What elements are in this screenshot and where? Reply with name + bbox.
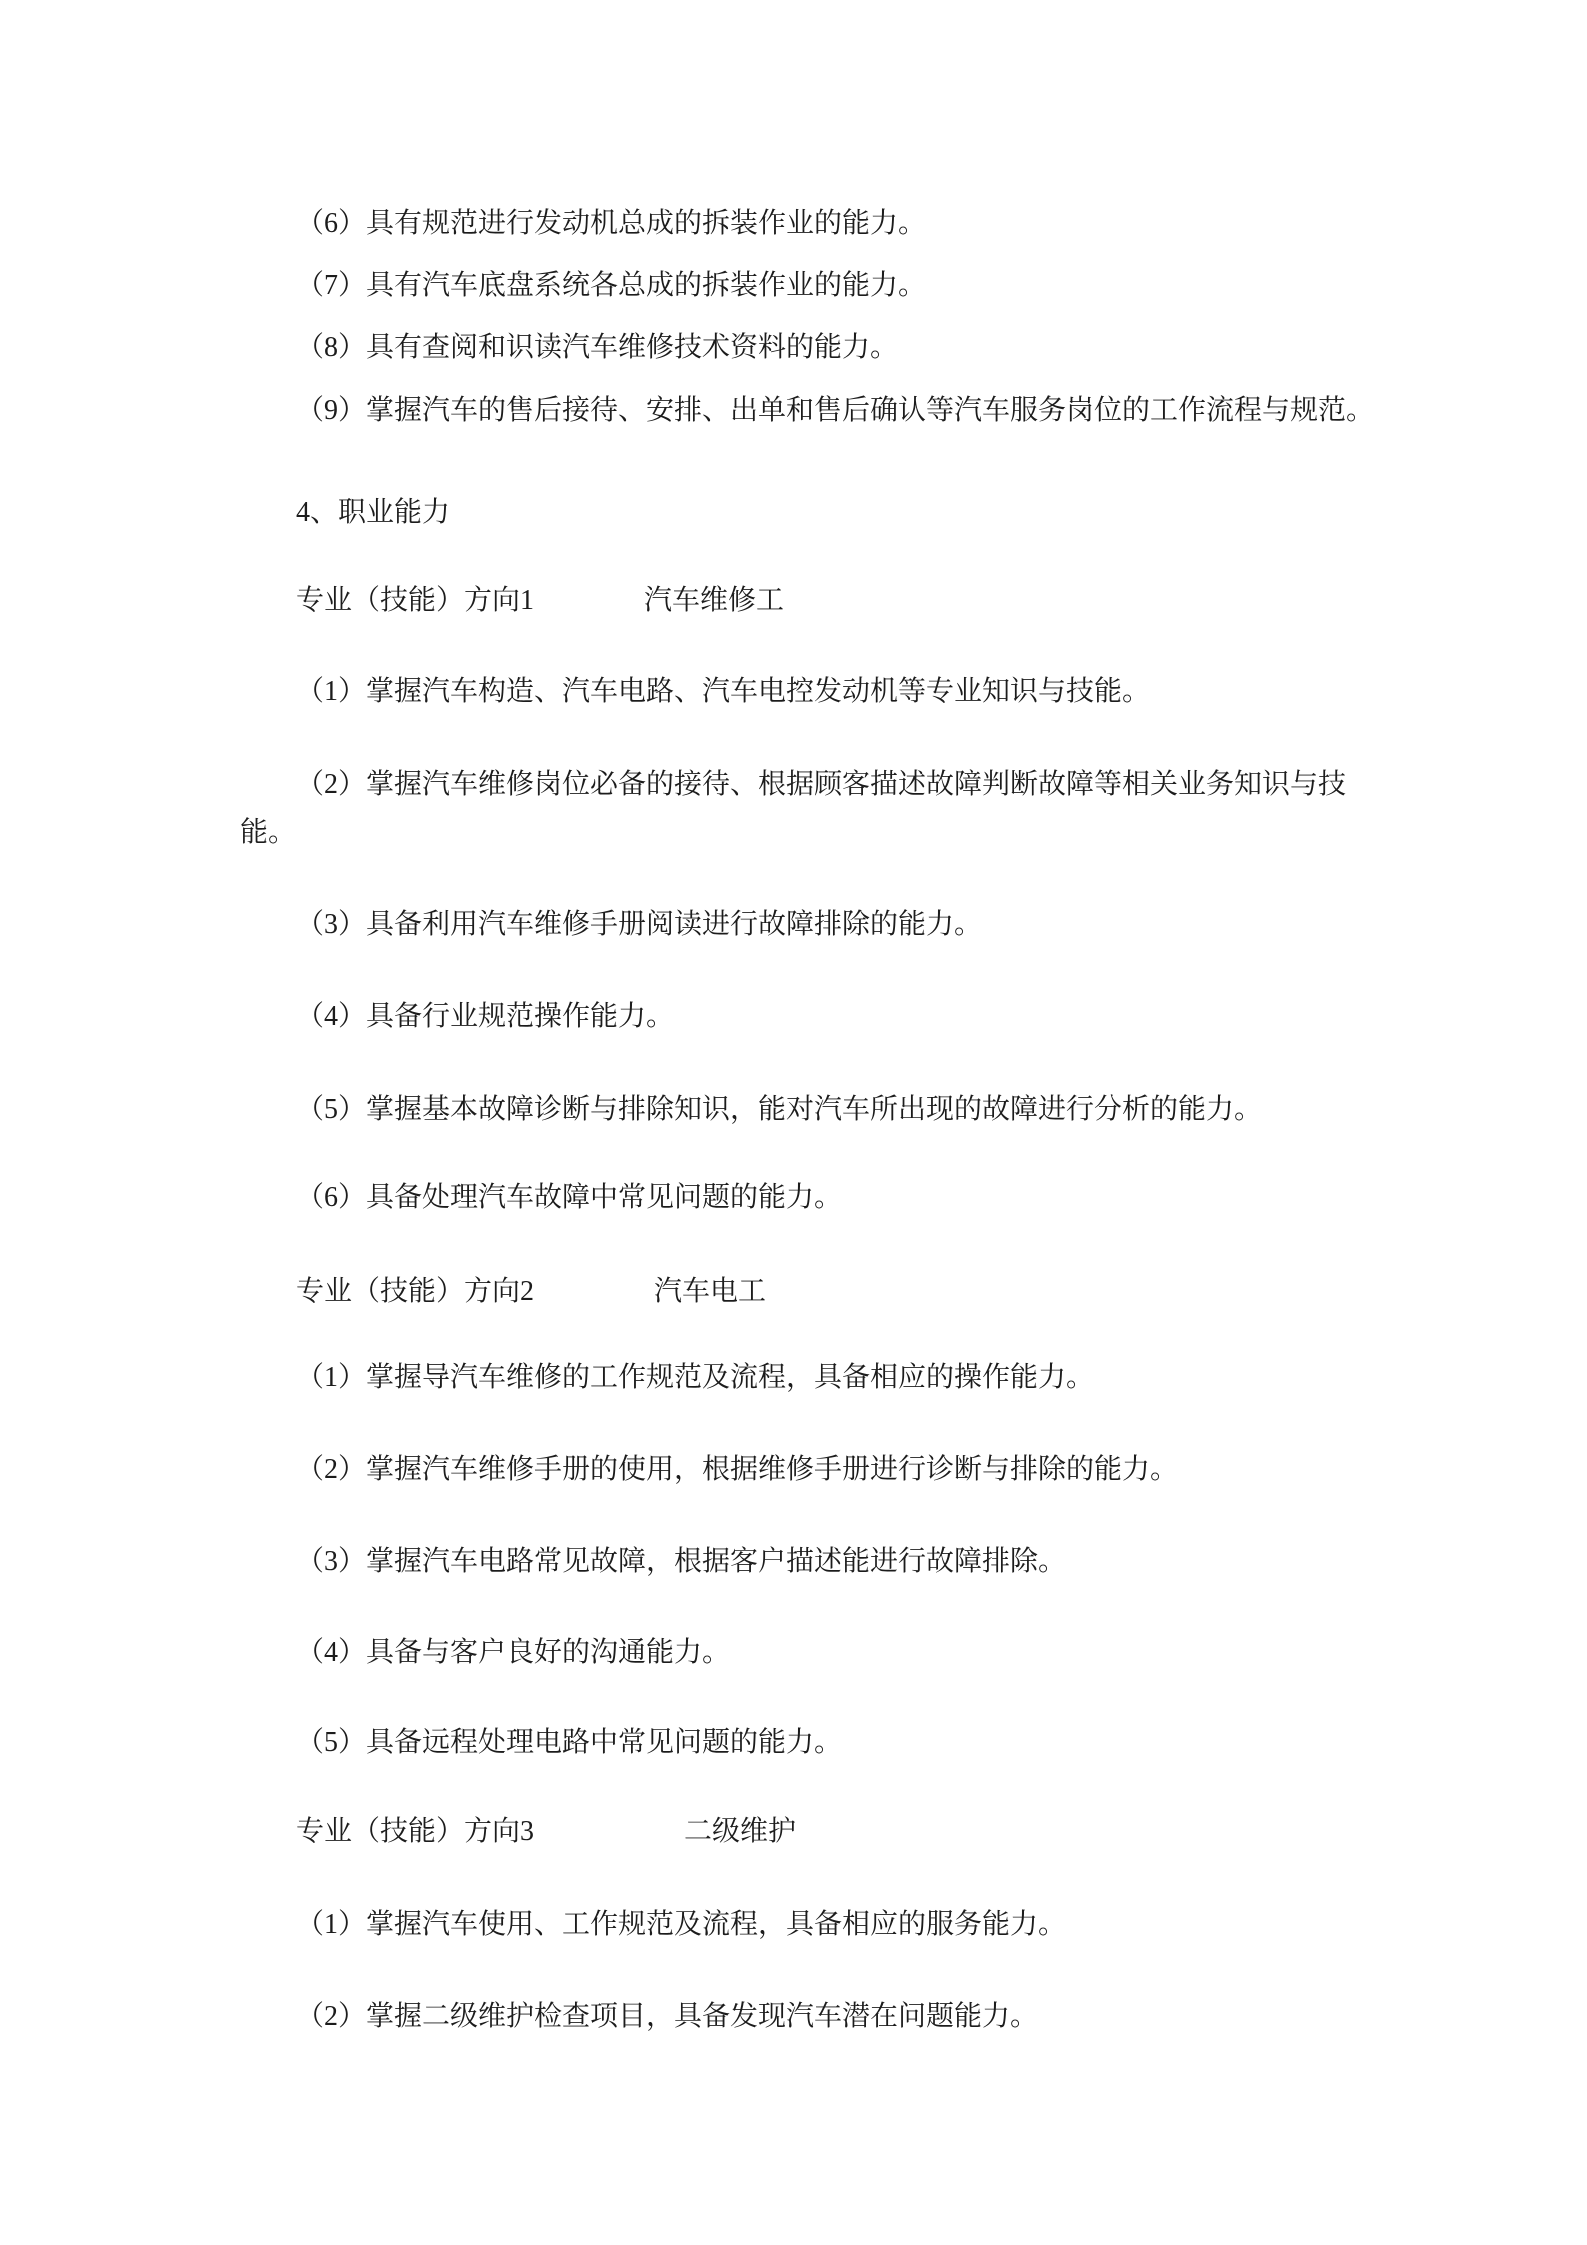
direction-value: 汽车电工	[654, 1276, 766, 1307]
paragraph: （5）掌握基本故障诊断与排除知识，能对汽车所出现的故障进行分析的能力。	[240, 1086, 1345, 1134]
tab-space	[534, 608, 644, 609]
paragraph: （6）具备处理汽车故障中常见问题的能力。	[240, 1174, 1345, 1222]
tab-space	[534, 1839, 684, 1840]
paragraph: （9）掌握汽车的售后接待、安排、出单和售后确认等汽车服务岗位的工作流程与规范。	[240, 387, 1345, 435]
direction-label: 专业（技能）方向1	[296, 585, 534, 616]
paragraph: （2）掌握汽车维修岗位必备的接待、根据顾客描述故障判断故障等相关业务知识与技	[240, 761, 1345, 809]
paragraph: （3）具备利用汽车维修手册阅读进行故障排除的能力。	[240, 901, 1345, 949]
direction-value: 二级维护	[684, 1816, 796, 1847]
direction-heading: 专业（技能）方向3二级维护	[240, 1808, 1345, 1856]
paragraph: （1）掌握汽车构造、汽车电路、汽车电控发动机等专业知识与技能。	[240, 668, 1345, 716]
direction-heading: 专业（技能）方向1汽车维修工	[240, 577, 1345, 625]
paragraph: （1）掌握导汽车维修的工作规范及流程，具备相应的操作能力。	[240, 1354, 1345, 1402]
document-body: （6）具有规范进行发动机总成的拆装作业的能力。（7）具有汽车底盘系统各总成的拆装…	[240, 200, 1345, 2041]
direction-heading: 专业（技能）方向2汽车电工	[240, 1268, 1345, 1316]
tab-space	[534, 1299, 654, 1300]
paragraph: （2）掌握汽车维修手册的使用，根据维修手册进行诊断与排除的能力。	[240, 1446, 1345, 1494]
paragraph: （5）具备远程处理电路中常见问题的能力。	[240, 1719, 1345, 1767]
section-heading: 4、职业能力	[240, 489, 1345, 537]
direction-value: 汽车维修工	[644, 585, 784, 616]
paragraph: （3）掌握汽车电路常见故障，根据客户描述能进行故障排除。	[240, 1538, 1345, 1586]
paragraph: （6）具有规范进行发动机总成的拆装作业的能力。	[240, 200, 1345, 248]
paragraph: （2）掌握二级维护检查项目，具备发现汽车潜在问题能力。	[240, 1993, 1345, 2041]
direction-label: 专业（技能）方向2	[296, 1276, 534, 1307]
document-page: （6）具有规范进行发动机总成的拆装作业的能力。（7）具有汽车底盘系统各总成的拆装…	[0, 0, 1587, 2245]
paragraph: （8）具有查阅和识读汽车维修技术资料的能力。	[240, 324, 1345, 372]
paragraph: （7）具有汽车底盘系统各总成的拆装作业的能力。	[240, 262, 1345, 310]
paragraph: （4）具备行业规范操作能力。	[240, 993, 1345, 1041]
paragraph: （1）掌握汽车使用、工作规范及流程，具备相应的服务能力。	[240, 1901, 1345, 1949]
paragraph-continuation: 能。	[240, 809, 1345, 857]
direction-label: 专业（技能）方向3	[296, 1816, 534, 1847]
paragraph: （4）具备与客户良好的沟通能力。	[240, 1629, 1345, 1677]
